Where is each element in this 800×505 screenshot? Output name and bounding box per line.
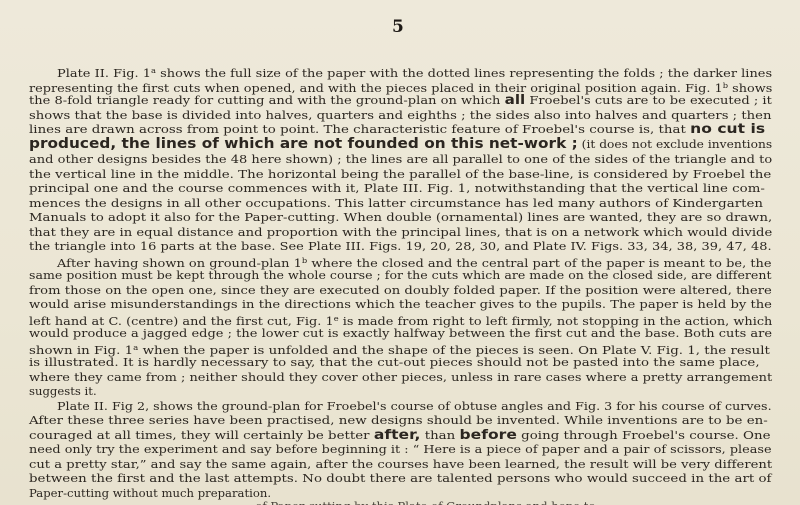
text-line: mences the designs in all other occupati… <box>29 196 763 210</box>
text-line: After these three series have been pract… <box>29 413 768 427</box>
clipped-text-line: … of Paper-cutting by this Plate of Grou… <box>240 499 780 505</box>
emphasis-text: after, <box>374 427 421 443</box>
text-line: between the first and the last attempts.… <box>29 471 772 485</box>
text-line: that they are in equal distance and prop… <box>29 225 772 239</box>
emphasis-text: no cut is <box>690 121 765 137</box>
text-line: shown in Fig. 1a when the paper is unfol… <box>29 341 770 355</box>
text-line: produced, the lines of which are not fou… <box>29 137 772 151</box>
text-line: suggests it. <box>29 384 772 398</box>
text-run: lines are drawn across from point to poi… <box>29 122 690 136</box>
text-run: couraged at all times, they will certain… <box>29 428 374 442</box>
page-number: 5 <box>392 17 404 37</box>
text-line: the vertical line in the middle. The hor… <box>29 167 771 181</box>
emphasis-text: produced, the lines of which are not fou… <box>29 136 578 152</box>
text-line: shows that the base is divided into halv… <box>29 108 772 122</box>
text-line: and other designs besides the 48 here sh… <box>29 152 772 166</box>
text-line: Paper-cutting without much preparation. <box>29 486 772 500</box>
text-line: would produce a jagged edge ; the lower … <box>29 326 772 340</box>
text-run: than <box>420 428 459 442</box>
text-line: principal one and the course commences w… <box>29 181 765 195</box>
text-run: going through Froebel's course. One <box>517 428 771 442</box>
text-line: need only try the experiment and say bef… <box>29 442 772 456</box>
text-line: left hand at C. (centre) and the first c… <box>29 312 772 326</box>
text-line: would arise misunderstandings in the dir… <box>29 297 772 311</box>
text-line: is illustrated. It is hardly necessary t… <box>29 355 760 369</box>
text-run: the 8-fold triangle ready for cutting an… <box>29 93 505 107</box>
text-line: couraged at all times, they will certain… <box>29 428 771 442</box>
text-line: After having shown on ground-plan 1b whe… <box>57 254 772 268</box>
text-line: Manuals to adopt it also for the Paper-c… <box>29 210 772 224</box>
text-line: cut a pretty star,” and say the same aga… <box>29 457 772 471</box>
text-line: from those on the open one, since they a… <box>29 283 772 297</box>
text-line: the 8-fold triangle ready for cutting an… <box>29 93 772 107</box>
text-line: Plate II. Fig. 1a shows the full size of… <box>57 64 772 78</box>
text-run: Froebel's cuts are to be executed ; it <box>525 93 772 107</box>
text-line: Plate II. Fig 2, shows the ground-plan f… <box>57 399 772 413</box>
emphasis-text: before <box>460 427 517 443</box>
text-line: where they came from ; neither should th… <box>29 370 772 384</box>
emphasis-text: all <box>505 92 526 108</box>
scanned-page: 5 Plate II. Fig. 1a shows the full size … <box>0 0 800 505</box>
text-run: (it does not exclude inventions <box>578 137 772 151</box>
text-line: the triangle into 16 parts at the base. … <box>29 239 772 253</box>
text-line: same position must be kept through the w… <box>29 268 772 282</box>
text-line: lines are drawn across from point to poi… <box>29 122 765 136</box>
text-line: representing the first cuts when opened,… <box>29 79 772 93</box>
